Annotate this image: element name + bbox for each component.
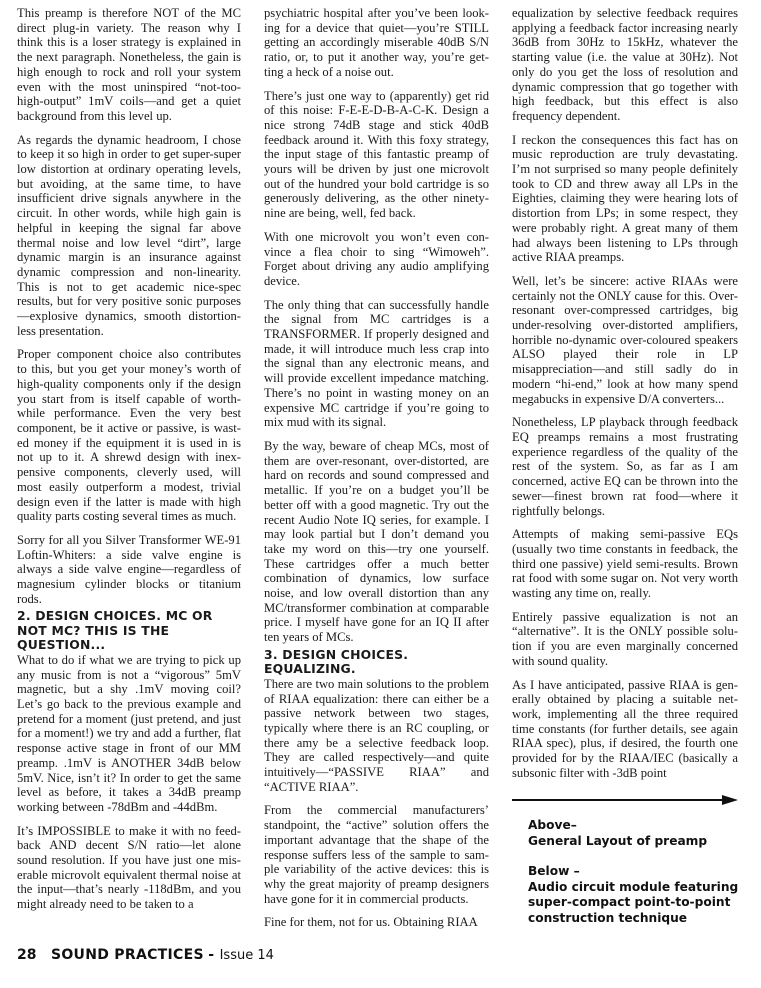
caption-below-text: Audio circuit module featuring super-com… (528, 880, 748, 927)
paragraph: With one microvolt you won’t even con­vi… (264, 230, 489, 289)
issue-label: Issue 14 (220, 948, 274, 963)
caption-above-label: Above– (528, 818, 748, 834)
paragraph: It’s IMPOSSIBLE to make it with no feed­… (17, 824, 241, 912)
article-column-3: equalization by selective feedback requi… (512, 6, 738, 789)
right-arrow-icon (512, 795, 738, 805)
paragraph: By the way, beware of cheap MCs, most of… (264, 439, 489, 645)
article-column-1: This preamp is therefore NOT of the MC d… (17, 6, 241, 921)
paragraph: This preamp is therefore NOT of the MC d… (17, 6, 241, 124)
paragraph: Sorry for all you Silver Transformer WE-… (17, 533, 241, 607)
section-heading-3: 3. DESIGN CHOICES. EQUALIZING. (264, 648, 489, 677)
paragraph: Nonetheless, LP playback through feed­ba… (512, 415, 738, 518)
section-heading-2: 2. DESIGN CHOICES. MC OR NOT MC? THIS IS… (17, 609, 241, 653)
figure-caption: Above– General Layout of preamp Below – … (528, 818, 748, 926)
paragraph: equalization by selective feedback requi… (512, 6, 738, 124)
paragraph: There are two main solutions to the prob… (264, 677, 489, 795)
paragraph: There’s just one way to (apparently) get… (264, 89, 489, 221)
paragraph: Fine for them, not for us. Obtaining RIA… (264, 915, 489, 930)
page-footer: 28 SOUND PRACTICES - Issue 14 (17, 947, 274, 963)
paragraph: Well, let’s be sincere: active RIAAs wer… (512, 274, 738, 406)
paragraph: As regards the dynamic headroom, I chose… (17, 133, 241, 339)
paragraph: Attempts of making semi-passive EQs (usu… (512, 527, 738, 601)
article-column-2: psychiatric hospital after you’ve been l… (264, 6, 489, 939)
paragraph: As I have anticipated, passive RIAA is g… (512, 678, 738, 781)
paragraph: I reckon the consequences this fact has … (512, 133, 738, 265)
caption-below-label: Below – (528, 864, 748, 880)
paragraph: Entirely passive equalization is not an … (512, 610, 738, 669)
magazine-title: SOUND PRACTICES (51, 947, 204, 963)
paragraph: Proper component choice also contributes… (17, 347, 241, 523)
page-number: 28 (17, 947, 36, 963)
paragraph: psychiatric hospital after you’ve been l… (264, 6, 489, 80)
caption-above-text: General Layout of preamp (528, 834, 748, 850)
paragraph: What to do if what we are trying to pick… (17, 653, 241, 815)
paragraph: From the commercial manufacturers’ stand… (264, 803, 489, 906)
footer-separator: - (208, 947, 219, 963)
paragraph: The only thing that can successfully han… (264, 298, 489, 430)
